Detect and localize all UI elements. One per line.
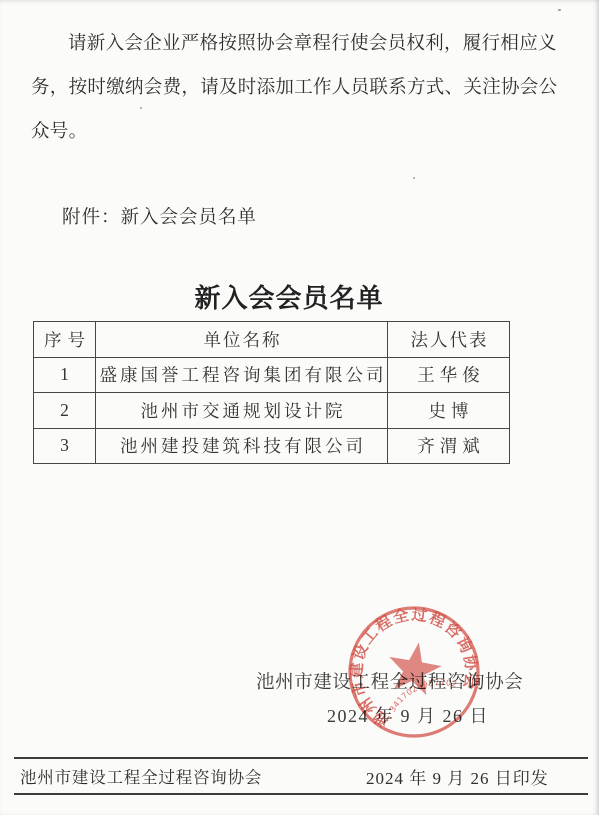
column-header-representative: 法人代表 — [388, 322, 510, 358]
paragraph-line: 请新入会企业严格按照协会章程行使会员权利，履行相应义 — [31, 22, 553, 66]
cell-no: 3 — [34, 428, 96, 464]
column-header-no: 序号 — [34, 322, 96, 358]
cell-representative: 齐渭斌 — [388, 428, 510, 464]
cell-company: 盛康国誉工程咨询集团有限公司 — [96, 357, 388, 393]
attachment-reference: 附件：新入会会员名单 — [62, 203, 257, 229]
paragraph-line: 众号。 — [31, 110, 553, 154]
scan-speck — [140, 107, 142, 109]
signature-date: 2024 年 9 月 26 日 — [327, 702, 489, 728]
cell-company: 池州建投建筑科技有限公司 — [96, 428, 388, 464]
footer-issue-date: 2024 年 9 月 26 日印发 — [366, 764, 549, 789]
footer-organization: 池州市建设工程全过程咨询协会 — [20, 764, 262, 788]
document-page: 请新入会企业严格按照协会章程行使会员权利，履行相应义 务，按时缴纳会费，请及时添… — [0, 0, 599, 815]
table-row: 1 盛康国誉工程咨询集团有限公司 王华俊 — [34, 357, 510, 393]
body-paragraph: 请新入会企业严格按照协会章程行使会员权利，履行相应义 务，按时缴纳会费，请及时添… — [31, 22, 553, 154]
column-header-company: 单位名称 — [96, 322, 388, 358]
scan-speck — [413, 177, 415, 179]
cell-no: 1 — [34, 357, 96, 393]
table-row: 3 池州建投建筑科技有限公司 齐渭斌 — [34, 428, 510, 464]
member-table: 序号 单位名称 法人代表 1 盛康国誉工程咨询集团有限公司 王华俊 2 池州市交… — [33, 321, 510, 464]
cell-representative: 史博 — [388, 393, 510, 429]
footer-bottom-rule — [14, 793, 588, 795]
cell-company: 池州市交通规划设计院 — [96, 393, 388, 429]
cell-no: 2 — [34, 393, 96, 429]
footer-top-rule — [14, 757, 588, 759]
table-row: 2 池州市交通规划设计院 史博 — [34, 393, 510, 429]
cell-representative: 王华俊 — [388, 357, 510, 393]
scan-speck — [558, 9, 561, 11]
paragraph-line: 务，按时缴纳会费，请及时添加工作人员联系方式、关注协会公 — [31, 66, 553, 110]
attachment-title: 新入会会员名单 — [0, 278, 578, 315]
table-header-row: 序号 单位名称 法人代表 — [34, 322, 510, 358]
signature-organization: 池州市建设工程全过程咨询协会 — [256, 668, 523, 694]
